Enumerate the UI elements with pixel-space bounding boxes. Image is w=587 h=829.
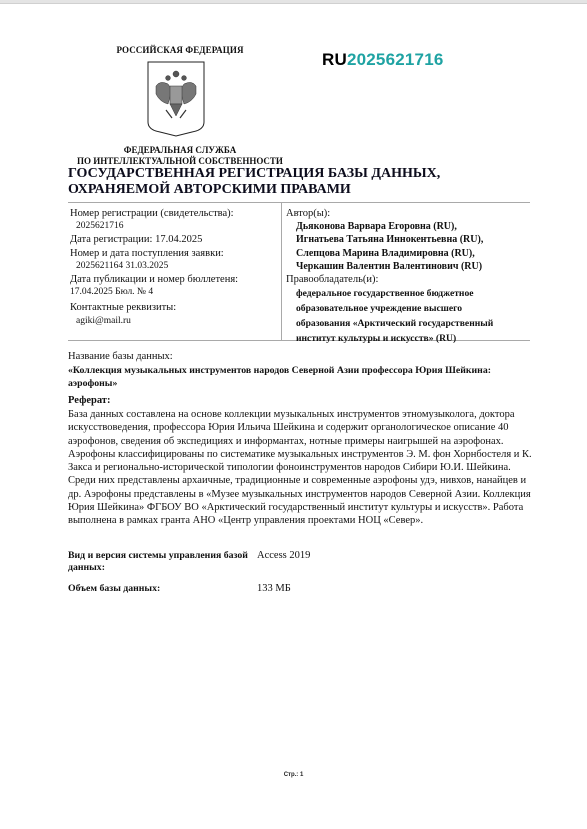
- application-label: Номер и дата поступления заявки:: [70, 247, 275, 260]
- registration-number-badge: RU2025621716: [322, 50, 444, 70]
- viewer-top-bar: [0, 0, 587, 4]
- country-heading: РОССИЙСКАЯ ФЕДЕРАЦИЯ: [100, 45, 260, 55]
- divider-top: [68, 202, 530, 203]
- contacts-label: Контактные реквизиты:: [70, 301, 275, 314]
- author-item: Черкашин Валентин Валентинович (RU): [286, 260, 531, 273]
- property-value: Access 2019: [257, 550, 310, 561]
- owner-line: институт культуры и искусств» (RU): [286, 331, 531, 346]
- publication-label: Дата публикации и номер бюллетеня:: [70, 273, 275, 286]
- owner-line: образования «Арктический государственный: [286, 316, 531, 331]
- authors-owners: Автор(ы): Дьяконова Варвара Егоровна (RU…: [286, 207, 531, 346]
- document-title: ГОСУДАРСТВЕННАЯ РЕГИСТРАЦИЯ БАЗЫ ДАННЫХ,…: [68, 166, 538, 198]
- authors-label: Автор(ы):: [286, 207, 531, 220]
- reg-number-value: 2025621716: [70, 220, 275, 233]
- application-value: 2025621164 31.03.2025: [70, 260, 275, 273]
- country-code: RU: [322, 50, 347, 69]
- reg-date: Дата регистрации: 17.04.2025: [70, 233, 275, 246]
- abstract-label: Реферат:: [68, 395, 110, 406]
- author-item: Дьяконова Варвара Егоровна (RU),: [286, 220, 531, 233]
- author-item: Слепцова Марина Владимировна (RU),: [286, 247, 531, 260]
- agency-name: ФЕДЕРАЛЬНАЯ СЛУЖБА ПО ИНТЕЛЛЕКТУАЛЬНОЙ С…: [60, 145, 300, 167]
- db-name-value: «Коллекция музыкальных инструментов наро…: [68, 364, 530, 390]
- contacts-email[interactable]: agiki@mail.ru: [70, 315, 275, 328]
- owner-line: образовательное учреждение высшего: [286, 301, 531, 316]
- registration-number: 2025621716: [347, 50, 444, 69]
- property-label: Объем базы данных:: [68, 583, 253, 595]
- agency-line-1: ФЕДЕРАЛЬНАЯ СЛУЖБА: [60, 145, 300, 156]
- russian-coat-of-arms-icon: [146, 60, 206, 138]
- property-label: Вид и версия системы управления базой да…: [68, 550, 253, 574]
- db-name-label: Название базы данных:: [68, 351, 173, 362]
- reg-number-label: Номер регистрации (свидетельства):: [70, 207, 275, 220]
- column-divider: [281, 203, 282, 340]
- abstract-text: База данных составлена на основе коллекц…: [68, 408, 532, 528]
- owner-label: Правообладатель(и):: [286, 273, 531, 286]
- owner-line: федеральное государственное бюджетное: [286, 286, 531, 301]
- registration-info: Номер регистрации (свидетельства): 20256…: [70, 207, 275, 328]
- property-value: 133 МБ: [257, 583, 291, 594]
- author-item: Игнатьева Татьяна Иннокентьевна (RU),: [286, 233, 531, 246]
- page-number: Стр.: 1: [0, 772, 587, 778]
- publication-value: 17.04.2025 Бюл. № 4: [70, 286, 275, 299]
